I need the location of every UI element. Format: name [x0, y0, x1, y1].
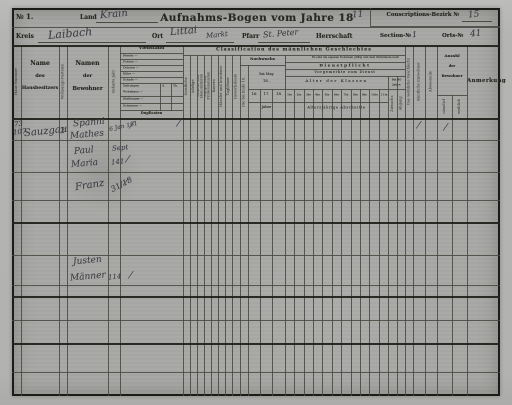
col-hausbesitzer-2: des — [21, 73, 59, 79]
form-title: Aufnahms-Bogen vom Jahre 18 — [152, 12, 362, 24]
zuwachs-col: Zuwachs — [389, 94, 395, 113]
handwritten-note: 141 — [111, 157, 125, 166]
col-haus-nummer: Haus-Nummer — [13, 56, 19, 107]
class-col-4: Bauern — [212, 64, 217, 107]
anzahl-title-3: Bewohner — [441, 74, 464, 79]
col-bewohner-1: Namen — [67, 60, 108, 67]
handwritten-orts-no: 41 — [470, 29, 482, 40]
section-label: Section-№ — [380, 33, 411, 39]
col-hausbesitzer-1: Name — [21, 60, 59, 67]
viehstand-row: Kühe — — [123, 72, 135, 76]
viehstand-subrow: Stallungen — — [123, 97, 143, 101]
class-col-5: Häusler und Inwohner — [219, 64, 224, 107]
nachwuchs-title: Nachwuchs — [245, 57, 280, 62]
bis40-line2: Jahre — [391, 83, 401, 87]
col-hausbesitzer-3: Hausbesitzers — [21, 86, 59, 91]
pfarr-blank-line — [258, 42, 310, 43]
bezirk-label: Conscriptions-Bezirk № — [378, 12, 468, 18]
nachwuchs-bis-2: 18.. — [253, 79, 280, 83]
handwritten-bezirk: 15 — [468, 10, 480, 21]
klasse-10: 10te — [371, 93, 377, 96]
viehstand-row: Ochsen — — [123, 66, 139, 70]
anzahl-title-1: Anzahl — [440, 54, 464, 59]
abgang-col: Abgang — [398, 94, 404, 113]
klassen-caption: Altersjährige Abschnitte — [301, 106, 371, 110]
ort-blank-line — [166, 42, 234, 43]
handwritten-ort: Littai — [170, 25, 198, 38]
klasse-4: 4te — [315, 93, 320, 96]
nachwuchs-bis-1: bis May — [253, 72, 280, 76]
classification-banner: Classification des männlichen Geschlecht… — [192, 47, 396, 53]
col-anmerkung: Anmerkung — [467, 78, 499, 84]
col-weiblich: Das weibliche Geschlecht — [406, 56, 412, 107]
ort-label: Ort — [152, 33, 163, 40]
klasse-7: 7te — [343, 93, 349, 96]
viehstand-row: Schafe — — [123, 78, 138, 82]
col-abwesende: Abwesende — [427, 56, 436, 107]
viehstand-subhead-a: A. — [162, 84, 165, 88]
classification-note: Es sind die eigenen Kolonnen gültig und … — [312, 56, 378, 59]
handwritten-section: 1 — [412, 30, 418, 39]
col-parteien: Wohnungs-Parteien — [60, 56, 66, 107]
handwritten-year: 11 — [352, 10, 364, 21]
klasse-3: 3te — [306, 93, 311, 96]
nachwuchs-jahre: Jahre — [253, 105, 280, 109]
class-col-2: Beamte und Honoratioren — [198, 64, 203, 107]
form-number: № 1. — [16, 12, 33, 21]
handwritten-parteien-count: 2 — [60, 126, 66, 135]
viehstand-title: Viehstand — [120, 46, 183, 51]
census-form-scan: № 1. Land Krain Aufnahms-Bogen vom Jahre… — [0, 0, 512, 405]
pfarr-label: Pfarr — [242, 33, 259, 40]
class-col-3: Bürger und Professionisten — [205, 64, 210, 107]
col-bewohner-2: der — [67, 73, 108, 79]
class-col-7: Gewerbsleute — [233, 64, 239, 107]
anzahl-maennlich-col: männlich — [439, 99, 450, 114]
bis40-line1: Bis 40 — [391, 78, 401, 82]
viehstand-row: Pferde — — [123, 54, 137, 58]
bezirk-blank-line — [462, 21, 492, 22]
land-label: Land — [80, 14, 97, 21]
anzahl-weiblich-col: weiblich — [454, 99, 465, 114]
orts-no-label: Orts-№ — [442, 33, 464, 39]
viehstand-subhead-gattungen: Gattungen — [123, 84, 139, 88]
class-col-0: Geistliche — [184, 64, 189, 107]
anzahl-title-2: der — [442, 64, 463, 68]
dienst-heading: Dienstpflicht — [296, 63, 394, 68]
vorgemerkte-heading: Vorgemerkte zum Dienst — [302, 70, 388, 74]
class-col-1: Adelige — [191, 64, 196, 107]
handwritten-note: Sept — [112, 143, 129, 152]
klasse-9: 9te — [362, 93, 367, 96]
class-col-6: Taglöhner — [226, 64, 231, 107]
col-saemtliche: Sämtliche Einwohner — [415, 56, 424, 107]
alter-der-klassen-heading: Alter der Klassen — [295, 79, 377, 84]
viehstand-subrow: Wohnhaus — — [123, 90, 143, 94]
nachwuchs-age-17: 17 — [261, 92, 270, 97]
klasse-2: 2te — [296, 93, 302, 96]
land-blank-line — [96, 22, 158, 23]
handwritten-resident: Paul — [74, 145, 94, 157]
viehstand-subhead-th: Th. — [173, 84, 178, 88]
nachwuchs-age-18: 18 — [273, 92, 283, 97]
viehstand-row: Fohlen — — [123, 60, 138, 64]
klasse-1: 1te — [287, 93, 292, 96]
nachwuchs-side-label: Die bis Ende 18.. — [241, 73, 247, 109]
klasse-8: 8te — [353, 93, 358, 96]
kreis-blank-line — [38, 42, 146, 43]
col-bewohner-3: Bewohner — [67, 86, 108, 92]
klasse-6: 6te — [334, 93, 339, 96]
viehstand-caption: Duplicaten — [129, 111, 173, 115]
klasse-11: 11te — [381, 93, 386, 96]
viehstand-subrow: Scheunen — — [123, 104, 142, 108]
col-geburtsjahr: Geburts-Jahr — [110, 56, 119, 107]
herrschaft-label: Herrschaft — [316, 33, 352, 40]
handwritten-note: 114 — [108, 272, 122, 281]
nachwuchs-age-16: 16 — [249, 92, 258, 97]
klasse-5: 5te — [324, 93, 330, 96]
kreis-label: Kreis — [16, 33, 34, 40]
